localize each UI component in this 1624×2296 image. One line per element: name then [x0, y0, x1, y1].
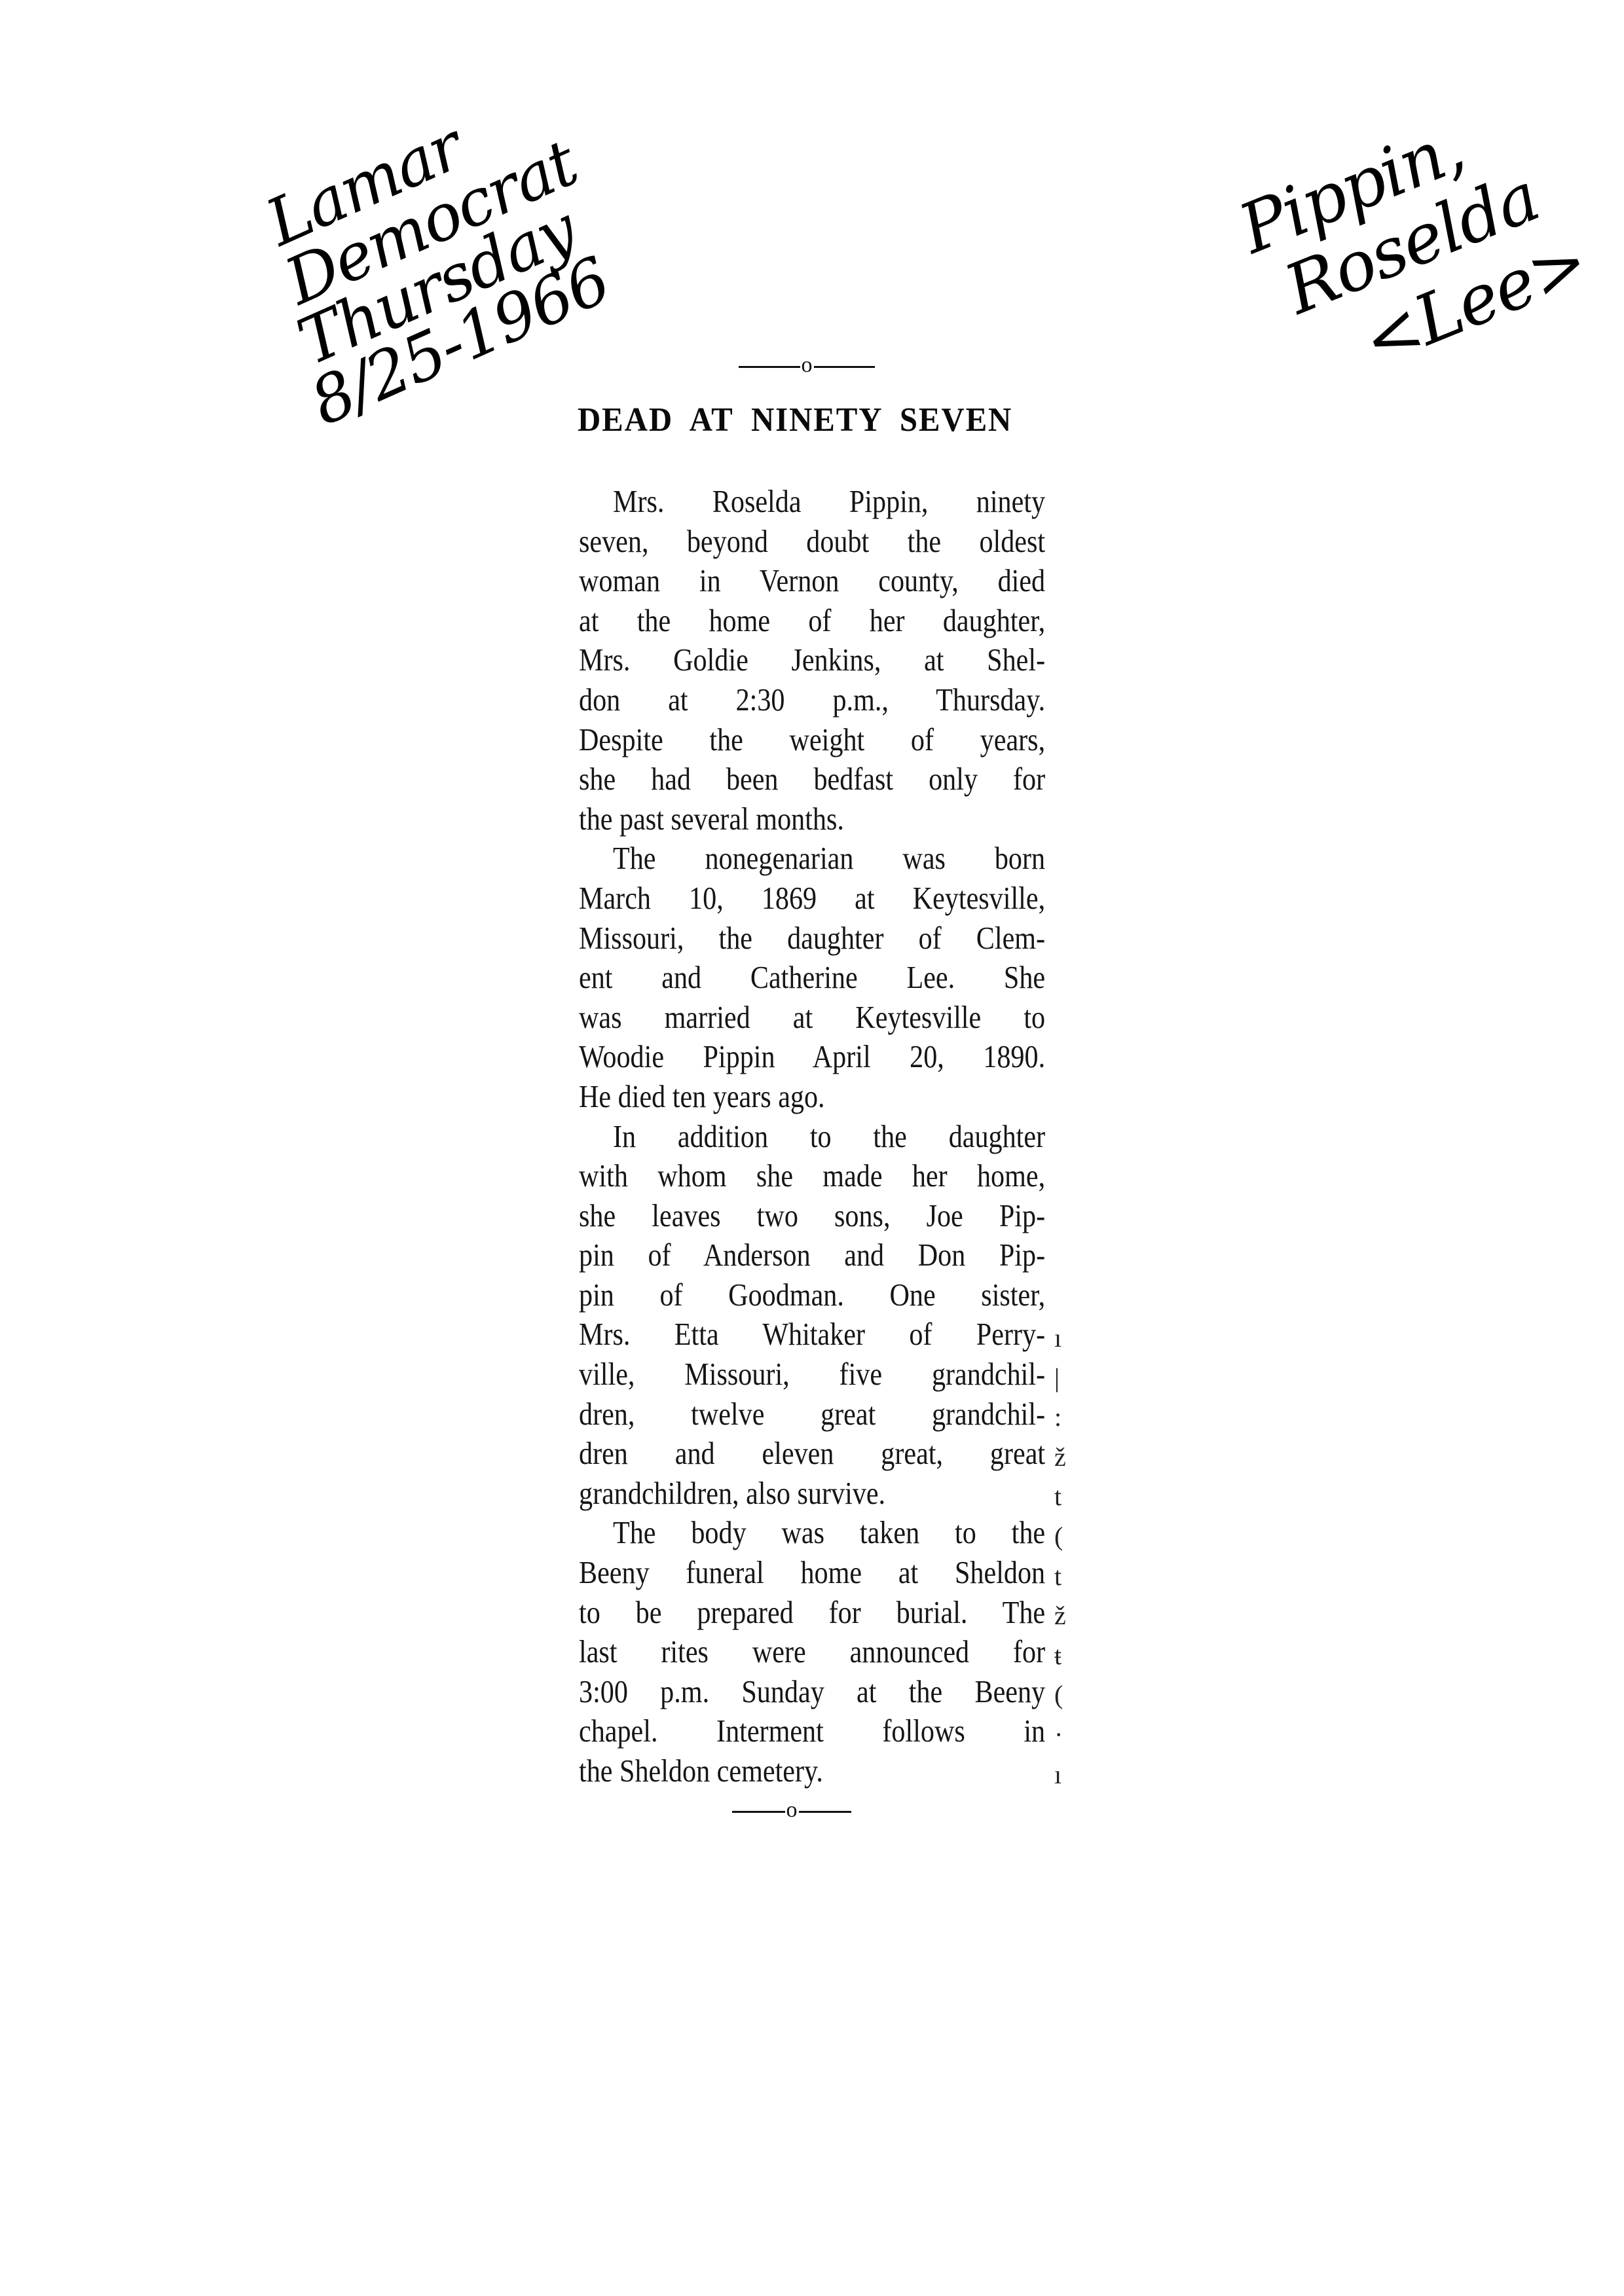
text-line: seven, beyond doubt the oldest [579, 522, 1045, 562]
edge-fragment: ( [1054, 1521, 1063, 1552]
text-line: Mrs. Roselda Pippin, ninety [579, 482, 1045, 522]
handwritten-source-note: Lamar Democrat Thursday 8/25-1966 [216, 75, 635, 441]
paragraph: The nonegenarian was bornMarch 10, 1869 … [579, 839, 1045, 1116]
text-line: don at 2:30 p.m., Thursday. [579, 680, 1045, 720]
text-line: was married at Keytesville to [579, 998, 1045, 1038]
paragraph: In addition to the daughterwith whom she… [579, 1117, 1045, 1514]
text-line: Woodie Pippin April 20, 1890. [579, 1037, 1045, 1077]
edge-fragment: | [1054, 1362, 1060, 1393]
edge-fragment: · [1054, 1719, 1063, 1750]
text-line: she leaves two sons, Joe Pip- [579, 1196, 1045, 1236]
divider-circle: o [785, 1799, 799, 1821]
divider-rule [799, 1811, 852, 1813]
edge-fragment: : [1054, 1402, 1061, 1432]
text-line: ville, Missouri, five grandchil- [579, 1355, 1045, 1394]
paragraph: Mrs. Roselda Pippin, ninetyseven, beyond… [579, 482, 1045, 839]
text-line: last rites were announced for [579, 1632, 1045, 1672]
ornament-divider-bottom: o [732, 1802, 851, 1821]
text-line: ent and Catherine Lee. She [579, 958, 1045, 998]
edge-fragment: ( [1054, 1679, 1063, 1710]
text-line: to be prepared for burial. The [579, 1593, 1045, 1633]
text-line: pin of Anderson and Don Pip- [579, 1235, 1045, 1275]
text-line: 3:00 p.m. Sunday at the Beeny [579, 1672, 1045, 1712]
article-body: Mrs. Roselda Pippin, ninetyseven, beyond… [579, 482, 1045, 1791]
text-line: Beeny funeral home at Sheldon [579, 1553, 1045, 1593]
divider-circle: o [800, 354, 814, 376]
text-line: with whom she made her home, [579, 1156, 1045, 1196]
text-line: the Sheldon cemetery. [579, 1751, 1045, 1791]
edge-fragment: ž [1054, 1600, 1066, 1631]
text-line: The body was taken to the [579, 1513, 1045, 1553]
text-line: Mrs. Etta Whitaker of Perry- [579, 1315, 1045, 1355]
text-line: dren and eleven great, great [579, 1434, 1045, 1474]
edge-fragment: t [1054, 1561, 1061, 1592]
text-line: at the home of her daughter, [579, 601, 1045, 641]
ornament-divider-top: o [739, 357, 875, 376]
text-line: March 10, 1869 at Keytesville, [579, 879, 1045, 919]
text-line: pin of Goodman. One sister, [579, 1275, 1045, 1315]
text-line: the past several months. [579, 799, 1045, 839]
text-line: chapel. Interment follows in [579, 1711, 1045, 1751]
text-line: In addition to the daughter [579, 1117, 1045, 1157]
text-line: she had been bedfast only for [579, 759, 1045, 799]
article-headline: DEAD AT NINETY SEVEN [578, 401, 1021, 439]
text-line: The nonegenarian was born [579, 839, 1045, 879]
edge-fragment: ı [1054, 1322, 1061, 1353]
text-line: Mrs. Goldie Jenkins, at Shel- [579, 640, 1045, 680]
edge-fragment: ŧ [1054, 1640, 1061, 1671]
text-line: woman in Vernon county, died [579, 561, 1045, 601]
divider-rule [814, 366, 876, 368]
handwritten-name-note: Pippin, Roselda <Lee> [1225, 86, 1596, 406]
text-line: He died ten years ago. [579, 1077, 1045, 1117]
divider-rule [739, 366, 800, 368]
edge-fragment: ı [1054, 1759, 1061, 1790]
scanned-clipping-page: Lamar Democrat Thursday 8/25-1966 Pippin… [0, 0, 1624, 2296]
text-line: dren, twelve great grandchil- [579, 1394, 1045, 1434]
text-line: Missouri, the daughter of Clem- [579, 919, 1045, 958]
text-line: grandchildren, also survive. [579, 1474, 1045, 1514]
edge-fragment: t [1054, 1481, 1061, 1512]
divider-rule [732, 1811, 785, 1813]
text-line: Despite the weight of years, [579, 720, 1045, 760]
edge-fragment: ž [1054, 1442, 1066, 1472]
paragraph: The body was taken to theBeeny funeral h… [579, 1513, 1045, 1791]
